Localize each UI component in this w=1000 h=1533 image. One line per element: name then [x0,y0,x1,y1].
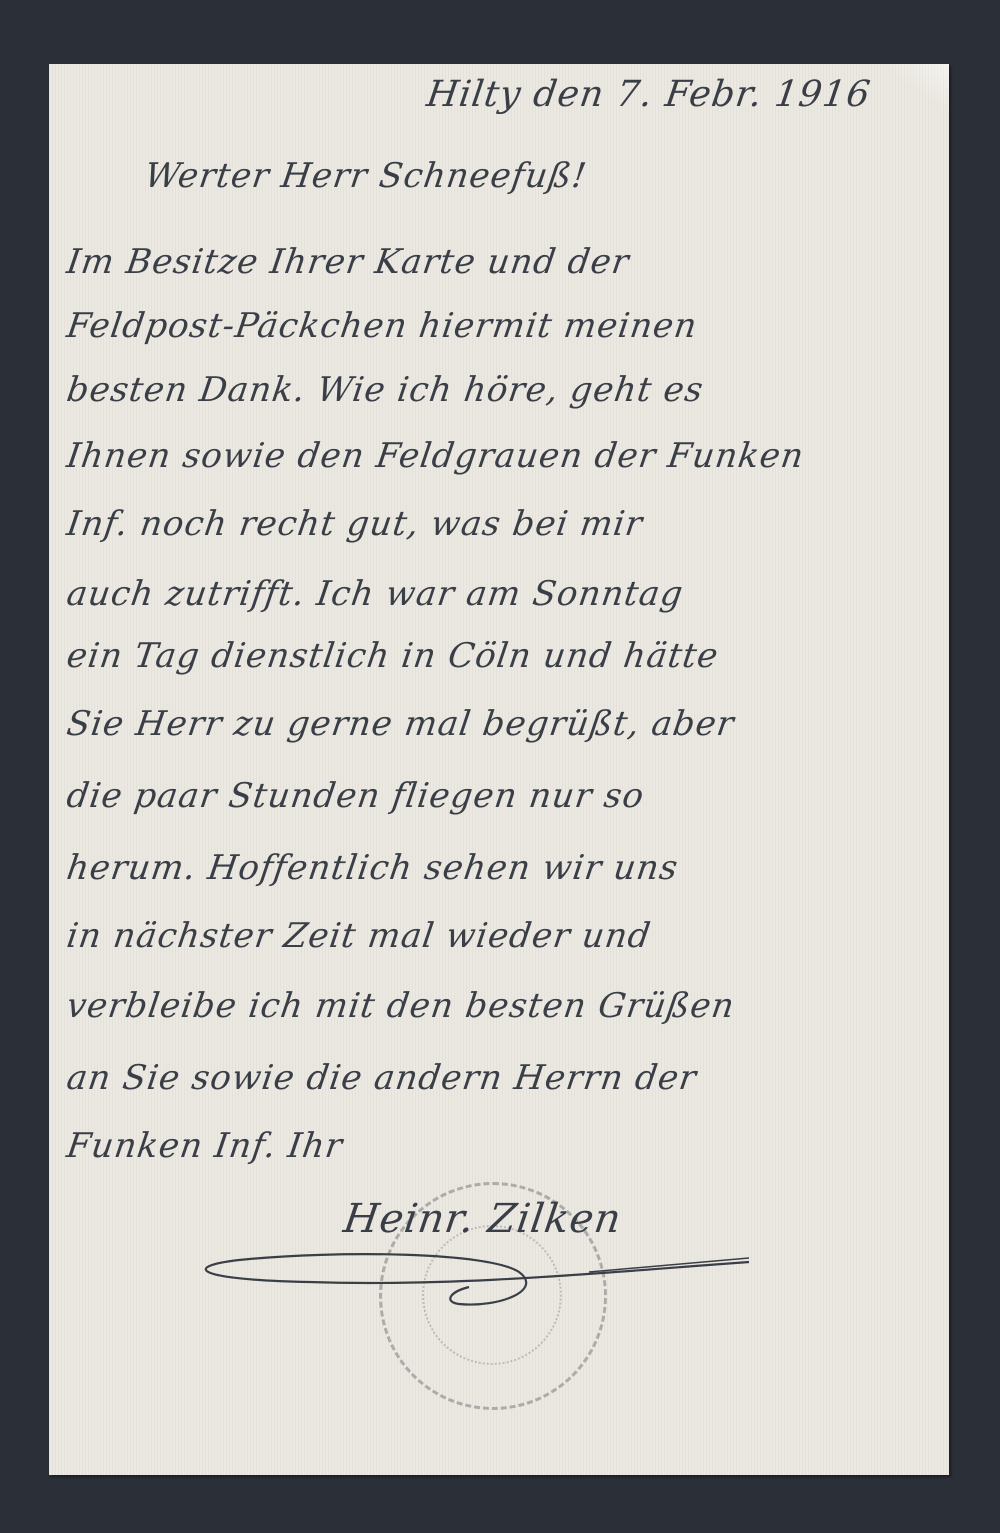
letter-line: Inf. noch recht gut, was bei mir [64,504,645,544]
letter-line: ein Tag dienstlich in Cöln und hätte [64,636,721,676]
postcard: Hilty den 7. Febr. 1916 Werter Herr Schn… [49,64,949,1475]
letter-line: Ihnen sowie den Feldgrauen der Funken [64,436,807,476]
letter-line: Feldpost-Päckchen hiermit meinen [64,306,700,346]
letter-line: herum. Hoffentlich sehen wir uns [64,848,681,888]
letter-line: Sie Herr zu gerne mal begrüßt, aber [64,704,737,744]
letter-line: an Sie sowie die andern Herrn der [64,1058,699,1098]
salutation: Werter Herr Schneefuß! [142,156,589,196]
dateline: Hilty den 7. Febr. 1916 [424,74,873,115]
signature: Heinr. Zilken [341,1196,625,1242]
corner-crease [889,64,949,114]
letter-line: in nächster Zeit mal wieder und [64,916,653,956]
letter-line: besten Dank. Wie ich höre, geht es [64,370,706,410]
letter-line: verbleibe ich mit den besten Grüßen [64,986,737,1026]
letter-line: auch zutrifft. Ich war am Sonntag [64,574,686,614]
letter-line: Im Besitze Ihrer Karte und der [64,242,632,282]
letter-line: die paar Stunden fliegen nur so [64,776,647,816]
signature-flourish [159,1242,759,1312]
letter-line-closing: Funken Inf. Ihr [64,1126,345,1166]
